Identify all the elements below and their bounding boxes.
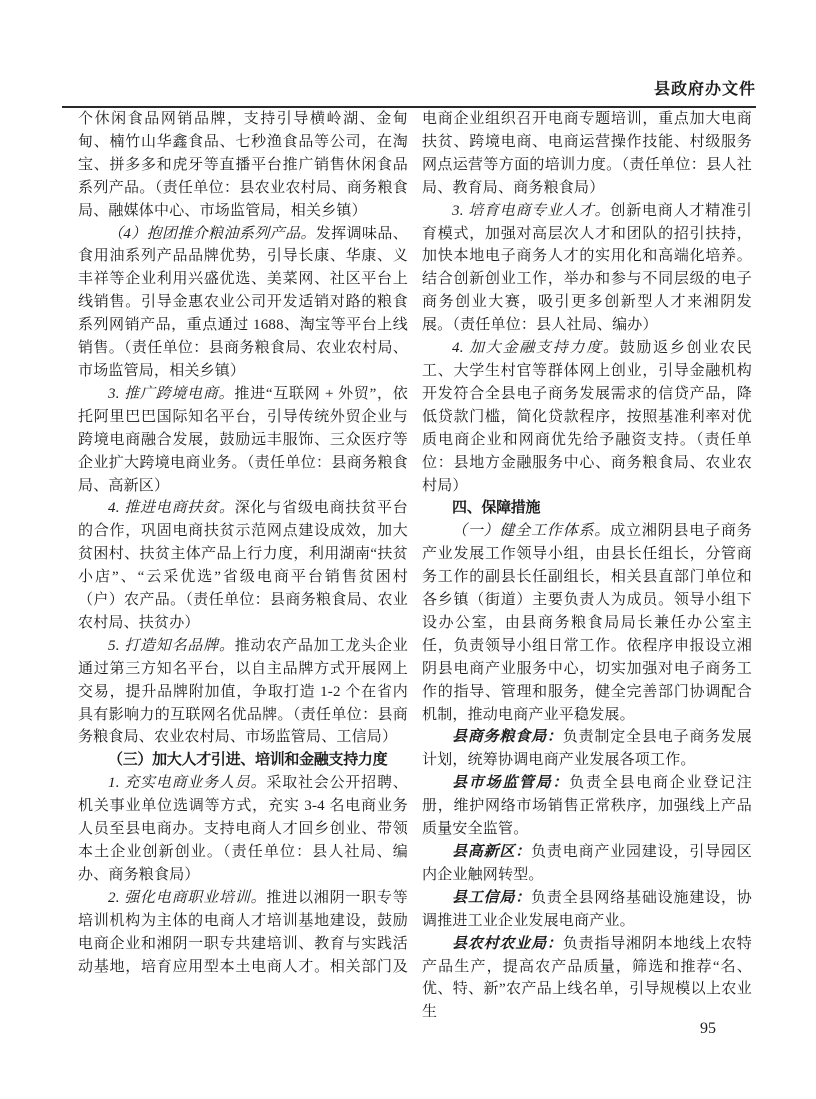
section-heading: （三）加大人才引进、培训和金融支持力度 xyxy=(78,749,408,772)
paragraph: 4. 推进电商扶贫。深化与省级电商扶贫平台的合作，巩固电商扶贫示范网点建设成效，… xyxy=(78,497,408,634)
department-lead: 县商务粮食局： xyxy=(452,729,563,745)
paragraph-text: 深化与省级电商扶贫平台的合作，巩固电商扶贫示范网点建设成效，加大贫困村、扶贫主体… xyxy=(78,500,408,631)
two-column-body: 个休闲食品网销品牌，支持引导横岭湖、金甸甸、楠竹山华鑫食品、七秒渔食品等公司，在… xyxy=(78,108,752,1024)
paragraph-text: 个休闲食品网销品牌，支持引导横岭湖、金甸甸、楠竹山华鑫食品、七秒渔食品等公司，在… xyxy=(78,111,408,219)
paragraph-text: 创新电商人才精准引育模式，加强对高层次人才和团队的招引扶持，加快本地电子商务人才… xyxy=(422,203,752,334)
item-lead: 1. 充实电商业务人员。 xyxy=(108,775,266,791)
paragraph-text: 采取社会公开招聘、机关事业单位选调等方式，充实 3-4 名电商业务人员至县电商办… xyxy=(78,775,408,883)
item-lead: 4. 加大金融支持力度。 xyxy=(452,340,620,356)
department-lead: 县工信局： xyxy=(452,890,531,906)
item-lead: 3. 推广跨境电商。 xyxy=(108,386,234,402)
item-lead: 4. 推进电商扶贫。 xyxy=(108,500,235,516)
paragraph: 3. 培育电商专业人才。创新电商人才精准引育模式，加强对高层次人才和团队的招引扶… xyxy=(422,200,752,337)
paragraph-text: 电商企业组织召开电商专题培训，重点加大电商扶贫、跨境电商、电商运营操作技能、村级… xyxy=(422,111,752,196)
page-header: 县政府办文件 xyxy=(62,76,756,108)
paragraph: （4）抱团推介粮油系列产品。发挥调味品、食用油系列产品品牌优势，引导长康、华康、… xyxy=(78,223,408,383)
item-lead: 2. 强化电商职业培训。 xyxy=(108,890,266,906)
paragraph-text: 鼓励返乡创业农民工、大学生村官等群体网上创业，引导金融机构开发符合全县电子商务发… xyxy=(422,340,752,493)
paragraph: 县商务粮食局：负责制定全县电子商务发展计划，统筹协调电商产业发展各项工作。 xyxy=(422,726,752,772)
paragraph-text: 成立湘阴县电子商务产业发展工作领导小组，由县长任组长，分管商务工作的副县长任副组… xyxy=(422,523,752,722)
item-lead: （4）抱团推介粮油系列产品。 xyxy=(108,226,316,242)
department-lead: 县市场监管局： xyxy=(452,775,569,791)
page-number: 95 xyxy=(700,1020,716,1038)
department-lead: 县高新区： xyxy=(452,844,531,860)
paragraph: 县农村农业局：负责指导湘阴本地线上农特产品生产，提高农产品质量，筛选和推荐“名、… xyxy=(422,933,752,1025)
item-lead: 5. 打造知名品牌。 xyxy=(108,638,235,654)
paragraph: 1. 充实电商业务人员。采取社会公开招聘、机关事业单位选调等方式，充实 3-4 … xyxy=(78,772,408,887)
paragraph-text: 推进“互联网 + 外贸”，依托阿里巴巴国际知名平台，引导传统外贸企业与跨境电商融… xyxy=(78,386,408,494)
left-column: 个休闲食品网销品牌，支持引导横岭湖、金甸甸、楠竹山华鑫食品、七秒渔食品等公司，在… xyxy=(78,108,408,1024)
paragraph: 县市场监管局：负责全县电商企业登记注册，维护网络市场销售正常秩序，加强线上产品质… xyxy=(422,772,752,841)
paragraph: 2. 强化电商职业培训。推进以湘阴一职专等培训机构为主体的电商人才培训基地建设，… xyxy=(78,887,408,979)
paragraph: 电商企业组织召开电商专题培训，重点加大电商扶贫、跨境电商、电商运营操作技能、村级… xyxy=(422,108,752,200)
item-lead: （一）健全工作体系。 xyxy=(452,523,610,539)
department-lead: 县农村农业局： xyxy=(452,936,563,952)
header-title: 县政府办文件 xyxy=(654,81,756,98)
paragraph-text: 发挥调味品、食用油系列产品品牌优势，引导长康、华康、义丰祥等企业利用兴盛优选、美… xyxy=(78,226,408,379)
section-heading: 四、保障措施 xyxy=(422,497,752,520)
paragraph: 5. 打造知名品牌。推动农产品加工龙头企业通过第三方知名平台，以自主品牌方式开展… xyxy=(78,635,408,750)
document-page: 县政府办文件 个休闲食品网销品牌，支持引导横岭湖、金甸甸、楠竹山华鑫食品、七秒渔… xyxy=(0,0,816,1099)
item-lead: 3. 培育电商专业人才。 xyxy=(452,203,610,219)
paragraph: 县高新区：负责电商产业园建设，引导园区内企业触网转型。 xyxy=(422,841,752,887)
paragraph: 县工信局：负责全县网络基础设施建设，协调推进工业企业发展电商产业。 xyxy=(422,887,752,933)
right-column: 电商企业组织召开电商专题培训，重点加大电商扶贫、跨境电商、电商运营操作技能、村级… xyxy=(422,108,752,1024)
paragraph: 个休闲食品网销品牌，支持引导横岭湖、金甸甸、楠竹山华鑫食品、七秒渔食品等公司，在… xyxy=(78,108,408,223)
paragraph: 3. 推广跨境电商。推进“互联网 + 外贸”，依托阿里巴巴国际知名平台，引导传统… xyxy=(78,383,408,498)
paragraph: （一）健全工作体系。成立湘阴县电子商务产业发展工作领导小组，由县长任组长，分管商… xyxy=(422,520,752,726)
paragraph: 4. 加大金融支持力度。鼓励返乡创业农民工、大学生村官等群体网上创业，引导金融机… xyxy=(422,337,752,497)
